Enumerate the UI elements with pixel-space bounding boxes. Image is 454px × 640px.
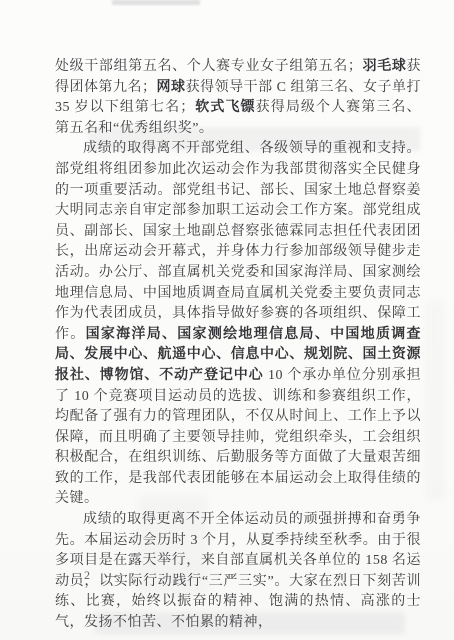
scan-artifact [425,300,445,500]
text-run: 10 个承办单位分别承担了 10 个竞赛项目运动员的选拔、训练和参赛组织工作，均… [55,368,421,507]
text-run-bold: 羽毛球 [362,59,406,74]
scan-artifact [112,0,200,5]
text-run-bold: 软式飞镖 [195,100,256,115]
document-body: 处级干部组第五名、个人赛专业女子组第五名；羽毛球获得团体第九名；网球获得领导干部… [55,57,421,634]
text-run: 处级干部组第五名、个人赛专业女子组第五名； [55,59,362,74]
paragraph: 处级干部组第五名、个人赛专业女子组第五名；羽毛球获得团体第九名；网球获得领导干部… [55,57,421,139]
document-page: 处级干部组第五名、个人赛专业女子组第五名；羽毛球获得团体第九名；网球获得领导干部… [0,0,454,640]
text-run-bold: 网球 [157,80,186,95]
text-run: 成绩的取得离不开部党组、各级领导的重视和支持。部党组将组团参加此次运动会作为我部… [55,141,421,341]
page-number: — 2 — [57,568,120,583]
paragraph: 成绩的取得离不开部党组、各级领导的重视和支持。部党组将组团参加此次运动会作为我部… [55,139,421,510]
